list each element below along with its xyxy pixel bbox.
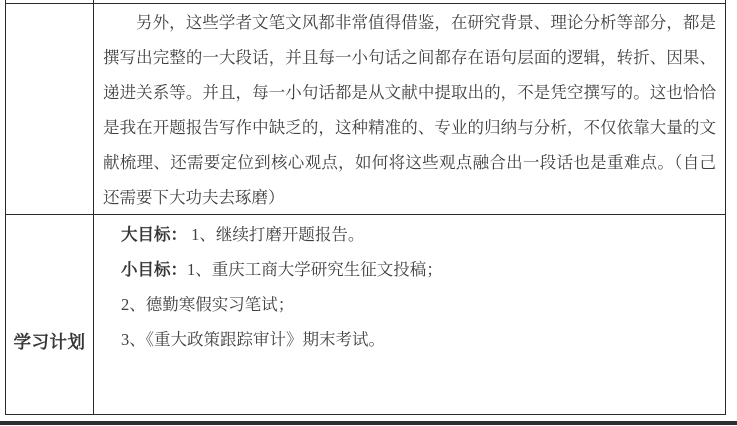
plan-text-major-goal: 1、继续打磨开题报告。 — [187, 225, 364, 244]
plan-text-3: 3、《重大政策跟踪审计》期末考试。 — [121, 330, 385, 349]
plan-term-major-goal: 大目标： — [121, 225, 187, 244]
page-bottom-divider — [0, 421, 737, 425]
study-plan-label-cell: 学习计划 — [6, 215, 94, 414]
study-plan-row-label: 学习计划 — [14, 332, 86, 352]
plan-item-minor-goal: 小目标：1、重庆工商大学研究生征文投稿； — [121, 252, 716, 287]
plan-item-major-goal: 大目标： 1、继续打磨开题报告。 — [121, 217, 716, 252]
plan-item-2: 2、德勤寒假实习笔试； — [121, 287, 716, 322]
table-row-study-plan: 学习计划 大目标： 1、继续打磨开题报告。 小目标：1、重庆工商大学研究生征文投… — [6, 215, 725, 415]
review-paragraph: 另外，这些学者文笔文风都非常值得借鉴，在研究背景、理论分析等部分，都是撰写出完整… — [94, 4, 725, 215]
review-plan-table: 另外，这些学者文笔文风都非常值得借鉴，在研究背景、理论分析等部分，都是撰写出完整… — [5, 0, 726, 415]
study-plan-content-cell: 大目标： 1、继续打磨开题报告。 小目标：1、重庆工商大学研究生征文投稿； 2、… — [94, 215, 725, 414]
plan-text-2: 2、德勤寒假实习笔试； — [121, 295, 294, 314]
table-row-review: 另外，这些学者文笔文风都非常值得借鉴，在研究背景、理论分析等部分，都是撰写出完整… — [6, 4, 725, 215]
document-page: 另外，这些学者文笔文风都非常值得借鉴，在研究背景、理论分析等部分，都是撰写出完整… — [0, 0, 737, 426]
plan-text-minor-goal: 1、重庆工商大学研究生征文投稿； — [187, 260, 443, 279]
sliver-label-cell — [6, 0, 94, 3]
plan-item-3: 3、《重大政策跟踪审计》期末考试。 — [121, 322, 716, 357]
review-label-cell — [6, 4, 94, 214]
plan-term-minor-goal: 小目标： — [121, 260, 187, 279]
review-content-cell: 另外，这些学者文笔文风都非常值得借鉴，在研究背景、理论分析等部分，都是撰写出完整… — [94, 4, 725, 214]
sliver-content-cell — [94, 0, 725, 3]
